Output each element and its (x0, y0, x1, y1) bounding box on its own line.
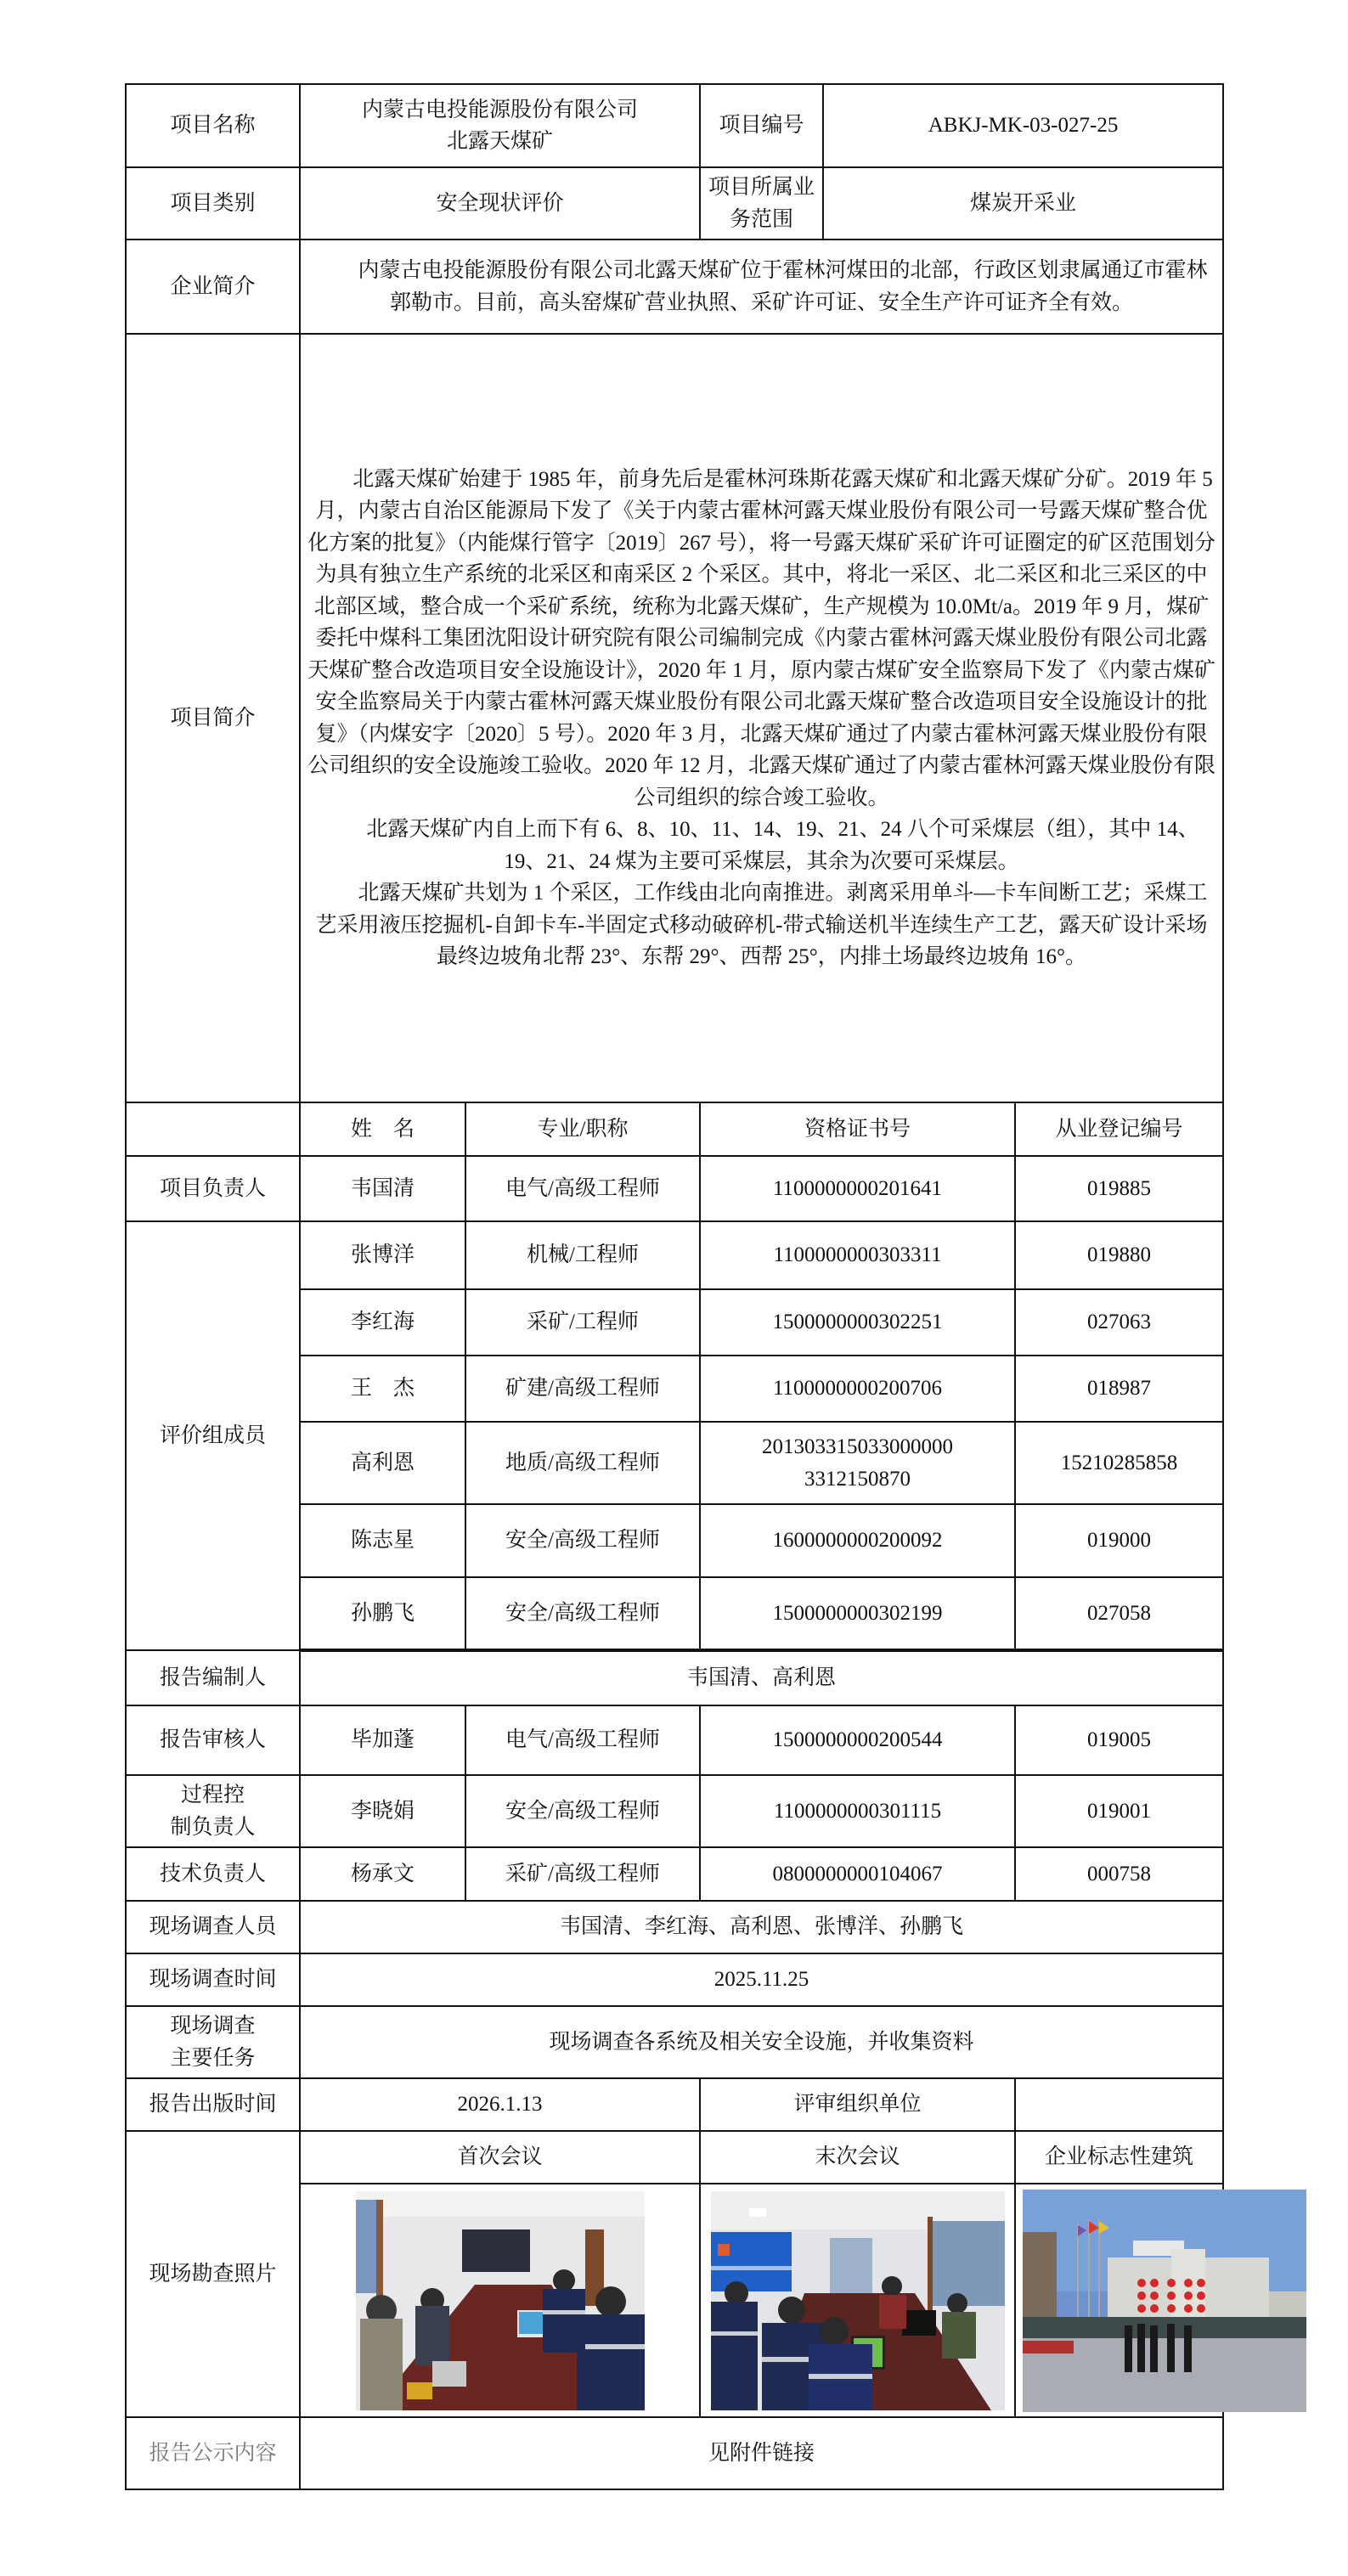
reviewer-name: 毕加蓬 (300, 1705, 465, 1775)
tech-lead-cert: 0800000000104067 (700, 1847, 1015, 1901)
review-org-value (1015, 2078, 1223, 2131)
row-company-intro: 企业简介 内蒙古电投能源股份有限公司北露天煤矿位于霍林河煤田的北部，行政区划隶属… (126, 240, 1223, 334)
process-control-reg: 019001 (1015, 1775, 1223, 1847)
process-control-title: 安全/高级工程师 (465, 1775, 700, 1847)
member-title: 采矿/工程师 (465, 1289, 700, 1356)
project-scope-label-line1: 项目所属业 (708, 172, 815, 204)
photo-cell-landmark-building (1015, 2184, 1223, 2417)
report-author-label: 报告编制人 (126, 1650, 300, 1705)
project-name-label: 项目名称 (126, 84, 300, 167)
member-reg: 018987 (1015, 1356, 1223, 1422)
staff-header-row: 姓 名 专业/职称 资格证书号 从业登记编号 (126, 1102, 1223, 1156)
process-control-name: 李晓娟 (300, 1775, 465, 1847)
photo-cell-first-meeting (300, 2184, 700, 2417)
tech-lead-label: 技术负责人 (126, 1847, 300, 1901)
process-control-label-line2: 制负责人 (133, 1812, 292, 1844)
photo-caption-last-meeting: 末次会议 (700, 2131, 1015, 2184)
survey-task-label-line2: 主要任务 (133, 2043, 292, 2075)
tech-lead-name: 杨承文 (300, 1847, 465, 1901)
member-name: 陈志星 (300, 1504, 465, 1577)
last-meeting-photo (711, 2191, 1005, 2410)
publish-time-value: 2026.1.13 (300, 2078, 700, 2131)
project-leader-name: 韦国清 (300, 1156, 465, 1221)
member-cert: 201303315033000000 3312150870 (700, 1422, 1015, 1504)
member-cert-line2: 3312150870 (708, 1463, 1007, 1496)
row-survey-task: 现场调查 主要任务 现场调查各系统及相关安全设施，并收集资料 (126, 2006, 1223, 2078)
project-intro-paragraph-3: 北露天煤矿共划为 1 个采区，工作线由北向南推进。剥离采用单斗—卡车间断工艺；采… (307, 877, 1215, 973)
project-intro-paragraph-1: 北露天煤矿始建于 1985 年，前身先后是霍林河珠斯花露天煤矿和北露天煤矿分矿。… (307, 464, 1215, 815)
member-title: 矿建/高级工程师 (465, 1356, 700, 1422)
staff-header-blank (126, 1102, 300, 1156)
row-project-intro: 项目简介 北露天煤矿始建于 1985 年，前身先后是霍林河珠斯花露天煤矿和北露天… (126, 334, 1223, 1102)
member-reg: 019000 (1015, 1504, 1223, 1577)
table-row-tech-lead: 技术负责人 杨承文 采矿/高级工程师 0800000000104067 0007… (126, 1847, 1223, 1901)
member-name: 李红海 (300, 1289, 465, 1356)
member-cert: 1600000000200092 (700, 1504, 1015, 1577)
member-reg: 15210285858 (1015, 1422, 1223, 1504)
survey-task-label: 现场调查 主要任务 (126, 2006, 300, 2078)
survey-time-value: 2025.11.25 (300, 1953, 1223, 2006)
photos-label: 现场勘查照片 (126, 2131, 300, 2417)
photo-caption-first-meeting: 首次会议 (300, 2131, 700, 2184)
row-disclosure: 报告公示内容 见附件链接 (126, 2417, 1223, 2489)
landmark-building-photo (1023, 2190, 1306, 2412)
member-title: 机械/工程师 (465, 1221, 700, 1289)
project-leader-reg: 019885 (1015, 1156, 1223, 1221)
table-row-project-leader: 项目负责人 韦国清 电气/高级工程师 1100000000201641 0198… (126, 1156, 1223, 1221)
table-row-process-control: 过程控 制负责人 李晓娟 安全/高级工程师 1100000000301115 0… (126, 1775, 1223, 1847)
first-meeting-photo (356, 2191, 645, 2410)
photo-cell-last-meeting (700, 2184, 1015, 2417)
project-intro-paragraph-2: 北露天煤矿内自上而下有 6、8、10、11、14、19、21、24 八个可采煤层… (307, 814, 1215, 877)
project-name-value: 内蒙古电投能源股份有限公司 北露天煤矿 (300, 84, 700, 167)
project-code-value: ABKJ-MK-03-027-25 (823, 84, 1223, 167)
survey-staff-label: 现场调查人员 (126, 1901, 300, 1953)
process-control-cert: 1100000000301115 (700, 1775, 1015, 1847)
row-project-category: 项目类别 安全现状评价 项目所属业 务范围 煤炭开采业 (126, 167, 1223, 240)
project-category-value: 安全现状评价 (300, 167, 700, 240)
project-scope-value: 煤炭开采业 (823, 167, 1223, 240)
disclosure-value[interactable]: 见附件链接 (300, 2417, 1223, 2489)
process-control-label: 过程控 制负责人 (126, 1775, 300, 1847)
tech-lead-title: 采矿/高级工程师 (465, 1847, 700, 1901)
review-org-label: 评审组织单位 (700, 2078, 1015, 2131)
member-cert: 1100000000200706 (700, 1356, 1015, 1422)
reviewer-cert: 1500000000200544 (700, 1705, 1015, 1775)
disclosure-label: 报告公示内容 (126, 2417, 300, 2489)
row-report-author: 报告编制人 韦国清、高利恩 (126, 1650, 1223, 1705)
member-title: 安全/高级工程师 (465, 1504, 700, 1577)
company-intro-text: 内蒙古电投能源股份有限公司北露天煤矿位于霍林河煤田的北部，行政区划隶属通辽市霍林… (307, 255, 1215, 318)
table-row-reviewer: 报告审核人 毕加蓬 电气/高级工程师 1500000000200544 0190… (126, 1705, 1223, 1775)
project-info-table: 项目名称 内蒙古电投能源股份有限公司 北露天煤矿 项目编号 ABKJ-MK-03… (125, 83, 1224, 2490)
header-title: 专业/职称 (465, 1102, 700, 1156)
reviewer-label: 报告审核人 (126, 1705, 300, 1775)
header-reg: 从业登记编号 (1015, 1102, 1223, 1156)
project-leader-cert: 1100000000201641 (700, 1156, 1015, 1221)
member-title: 安全/高级工程师 (465, 1577, 700, 1650)
row-survey-staff: 现场调查人员 韦国清、李红海、高利恩、张博洋、孙鹏飞 (126, 1901, 1223, 1953)
report-author-value: 韦国清、高利恩 (300, 1650, 1223, 1705)
table-row: 评价组成员 张博洋 机械/工程师 1100000000303311 019880 (126, 1221, 1223, 1289)
photo-caption-row: 现场勘查照片 首次会议 末次会议 企业标志性建筑 (126, 2131, 1223, 2184)
member-reg: 027058 (1015, 1577, 1223, 1650)
member-cert: 1500000000302251 (700, 1289, 1015, 1356)
member-cert: 1100000000303311 (700, 1221, 1015, 1289)
row-publish: 报告出版时间 2026.1.13 评审组织单位 (126, 2078, 1223, 2131)
survey-staff-value: 韦国清、李红海、高利恩、张博洋、孙鹏飞 (300, 1901, 1223, 1953)
project-name-line1: 内蒙古电投能源股份有限公司 (307, 94, 692, 127)
member-name: 孙鹏飞 (300, 1577, 465, 1650)
member-reg: 019880 (1015, 1221, 1223, 1289)
row-survey-time: 现场调查时间 2025.11.25 (126, 1953, 1223, 2006)
survey-task-label-line1: 现场调查 (133, 2010, 292, 2043)
reviewer-title: 电气/高级工程师 (465, 1705, 700, 1775)
project-leader-title: 电气/高级工程师 (465, 1156, 700, 1221)
tech-lead-reg: 000758 (1015, 1847, 1223, 1901)
project-leader-label: 项目负责人 (126, 1156, 300, 1221)
project-scope-label: 项目所属业 务范围 (700, 167, 823, 240)
row-project-name: 项目名称 内蒙古电投能源股份有限公司 北露天煤矿 项目编号 ABKJ-MK-03… (126, 84, 1223, 167)
member-cert: 1500000000302199 (700, 1577, 1015, 1650)
member-title: 地质/高级工程师 (465, 1422, 700, 1504)
member-name: 王 杰 (300, 1356, 465, 1422)
header-name: 姓 名 (300, 1102, 465, 1156)
team-label: 评价组成员 (126, 1221, 300, 1650)
report-info-sheet: 项目名称 内蒙古电投能源股份有限公司 北露天煤矿 项目编号 ABKJ-MK-03… (125, 83, 1222, 2490)
photo-caption-landmark-building: 企业标志性建筑 (1015, 2131, 1223, 2184)
publish-time-label: 报告出版时间 (126, 2078, 300, 2131)
company-intro-text-cell: 内蒙古电投能源股份有限公司北露天煤矿位于霍林河煤田的北部，行政区划隶属通辽市霍林… (300, 240, 1223, 334)
header-cert: 资格证书号 (700, 1102, 1015, 1156)
member-reg: 027063 (1015, 1289, 1223, 1356)
survey-task-value: 现场调查各系统及相关安全设施，并收集资料 (300, 2006, 1223, 2078)
project-scope-label-line2: 务范围 (708, 204, 815, 236)
project-intro-label: 项目简介 (126, 334, 300, 1102)
project-intro-text-cell: 北露天煤矿始建于 1985 年，前身先后是霍林河珠斯花露天煤矿和北露天煤矿分矿。… (300, 334, 1223, 1102)
process-control-label-line1: 过程控 (133, 1779, 292, 1812)
company-intro-label: 企业简介 (126, 240, 300, 334)
project-category-label: 项目类别 (126, 167, 300, 240)
survey-time-label: 现场调查时间 (126, 1953, 300, 2006)
project-code-label: 项目编号 (700, 84, 823, 167)
member-cert-line1: 201303315033000000 (708, 1431, 1007, 1463)
member-name: 张博洋 (300, 1221, 465, 1289)
member-name: 高利恩 (300, 1422, 465, 1504)
reviewer-reg: 019005 (1015, 1705, 1223, 1775)
project-name-line2: 北露天煤矿 (307, 126, 692, 158)
